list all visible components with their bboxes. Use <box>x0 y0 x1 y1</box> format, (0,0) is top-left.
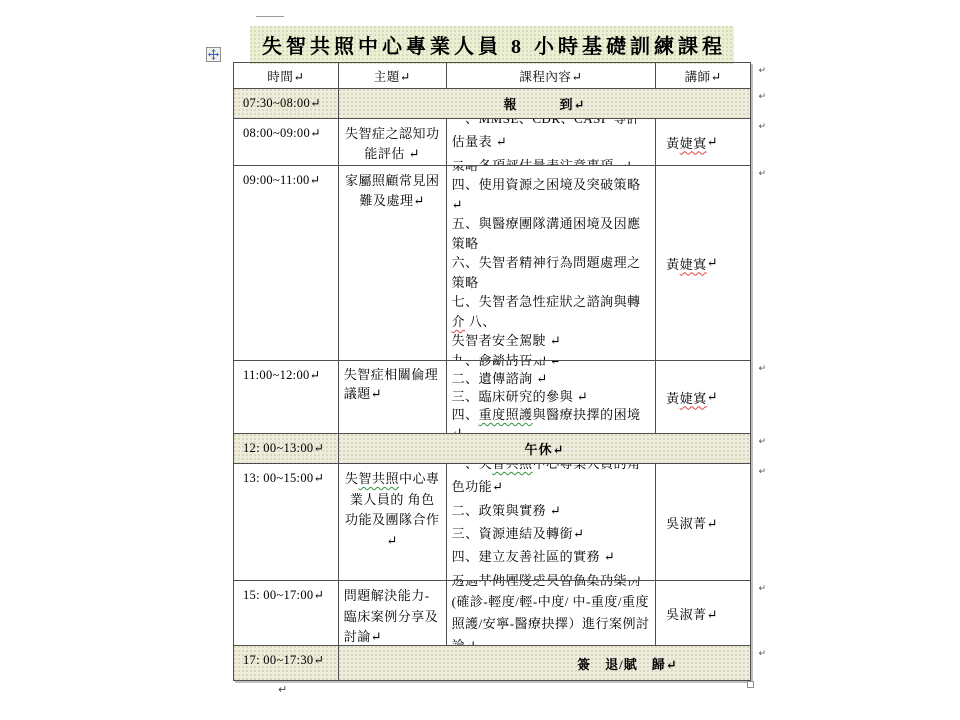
topic-cell[interactable]: 失智症相關倫理議題↵ <box>339 361 447 434</box>
row-lunch: 12: 00~13:00↵ 午休↵ ↵ <box>234 434 751 464</box>
header-content[interactable]: 課程內容↵ <box>447 63 657 89</box>
grammar-flagged-text: 重度照護 <box>479 407 533 422</box>
content-line: 四、建立友善社區的實務 ↵ <box>452 545 651 568</box>
content-line: 二、各項評估量表注意事項 ↵ <box>452 154 651 166</box>
time-cell[interactable]: 08:00~09:00↵ <box>234 119 339 166</box>
lecturer-cell[interactable]: 吳淑菁↵ <box>656 464 751 581</box>
row-end-mark: ↵ <box>758 649 766 659</box>
content-cell[interactable]: 一、MMSE、CDR、CASI 等評估量表 ↵ 二、各項評估量表注意事項 ↵ <box>447 119 657 166</box>
paragraph-mark: ↵ <box>278 683 287 696</box>
row-end-mark: ↵ <box>758 66 766 76</box>
lecturer-name: 吳淑菁↵ <box>666 513 718 532</box>
content-line: 三、資源連結及轉銜↵ <box>452 522 651 545</box>
row-1300: 13: 00~15:00↵ 失智共照中心專業人員的 角色功能及團隊合作↵ 一、失… <box>234 464 751 581</box>
cell-end-mark: ↵ <box>707 255 718 271</box>
table-header-row: 時間↵ 主題↵ 課程內容↵ 講師↵ ↵ <box>234 63 751 89</box>
content-cell[interactable]: 一、就醫困難及解決策略 ↵ 二、家屬間的照顧衝突及因應 ↵ 三、主要照顧者耗損與… <box>447 166 657 361</box>
topic-cell[interactable]: 失智共照中心專業人員的 角色功能及團隊合作↵ <box>339 464 447 581</box>
table-resize-handle[interactable] <box>747 681 754 688</box>
time-cell[interactable]: 15: 00~17:00↵ <box>234 581 339 646</box>
lecturer-cell[interactable]: 黃婕寘↵ <box>656 166 751 361</box>
move-arrows-icon <box>208 49 219 60</box>
time-cell[interactable]: 13: 00~15:00↵ <box>234 464 339 581</box>
row-end-mark: ↵ <box>758 584 766 594</box>
row-end-mark: ↵ <box>758 169 766 179</box>
content-line: 六、失智者精神行為問題處理之策略 <box>452 253 651 292</box>
table-move-handle[interactable] <box>206 47 221 62</box>
lecturer-name: 黃 <box>666 254 680 273</box>
spellcheck-flagged-text: 介 <box>452 314 466 329</box>
content-cell[interactable]: 一、失智共照中心專業人員的角色功能↵ 二、政策與實務 ↵ 三、資源連結及轉銜↵ … <box>447 464 657 581</box>
time-cell[interactable]: 07:30~08:00↵ <box>234 89 339 119</box>
row-end-mark: ↵ <box>758 467 766 477</box>
cell-end-mark: ↵ <box>707 134 718 150</box>
row-end-mark: ↵ <box>758 437 766 447</box>
grammar-flagged-text: 智共照 <box>492 464 533 471</box>
course-table: 時間↵ 主題↵ 課程內容↵ 講師↵ ↵ 07:30~08:00↵ 報 到↵ ↵ … <box>233 62 751 681</box>
content-line: 四、重度照護與醫療抉擇的困境↵ <box>452 406 651 434</box>
time-cell[interactable]: 09:00~11:00↵ <box>234 166 339 361</box>
content-line: 五、與醫療團隊溝通困境及因應策略 <box>452 214 651 253</box>
time-cell[interactable]: 12: 00~13:00↵ <box>234 434 339 464</box>
row-signout: 17: 00~17:30↵ 簽 退/賦 歸↵ ↵ <box>234 646 751 681</box>
signout-label[interactable]: 簽 退/賦 歸↵ <box>339 646 751 681</box>
lecturer-name: 黃 <box>666 133 680 152</box>
content-line: 二、遺傳諮詢 ↵ <box>452 370 651 388</box>
topic-cell[interactable]: 失智症之認知功能評估 ↵ <box>339 119 447 166</box>
header-lecturer[interactable]: 講師↵ <box>656 63 751 89</box>
row-0800: 08:00~09:00↵ 失智症之認知功能評估 ↵ 一、MMSE、CDR、CAS… <box>234 119 751 166</box>
lunch-label[interactable]: 午休↵ <box>339 434 751 464</box>
content-line: 失智者安全駕駛 ↵ <box>452 331 651 351</box>
lecturer-cell[interactable]: 吳淑菁↵ <box>656 581 751 646</box>
lecturer-cell[interactable]: 黃婕寘↵ <box>656 119 751 166</box>
margin-crop-mark <box>256 16 284 17</box>
row-1100: 11:00~12:00↵ 失智症相關倫理議題↵ 一、診斷的告知 ↵ 二、遺傳諮詢… <box>234 361 751 434</box>
row-end-mark: ↵ <box>758 122 766 132</box>
time-cell[interactable]: 11:00~12:00↵ <box>234 361 339 434</box>
content-line: 四、使用資源之困境及突破策略 ↵ <box>452 175 651 214</box>
row-0900: 09:00~11:00↵ 家屬照顧常見困難及處理↵ 一、就醫困難及解決策略 ↵ … <box>234 166 751 361</box>
spellcheck-flagged-text: 婕寘 <box>680 254 707 273</box>
content-line: 一、MMSE、CDR、CASI 等評估量表 ↵ <box>452 119 651 154</box>
lecturer-name: 吳淑菁↵ <box>666 604 718 623</box>
content-paragraph: 透過不同程度之失智個案的案例(確診-輕度/輕-中度/ 中-重度/重度照護/安寧-… <box>452 581 651 646</box>
content-line: 一、失智共照中心專業人員的角色功能↵ <box>452 464 651 499</box>
content-line: 五、其他團隊成員的角色功能 ↵ <box>452 569 651 581</box>
spellcheck-flagged-text: 婕寘 <box>680 388 707 407</box>
content-cell[interactable]: 一、診斷的告知 ↵ 二、遺傳諮詢 ↵ 三、臨床研究的參與 ↵ 四、重度照護與醫療… <box>447 361 657 434</box>
document-page: 失智共照中心專業人員 8 小時基礎訓練課程 時間↵ 主題↵ 課程內容↵ 講師↵ … <box>0 0 960 720</box>
cell-end-mark: ↵ <box>707 389 718 405</box>
row-end-mark: ↵ <box>758 92 766 102</box>
time-cell[interactable]: 17: 00~17:30↵ <box>234 646 339 681</box>
row-1500: 15: 00~17:00↵ 問題解決能力-臨床案例分享及討論↵ 透過不同程度之失… <box>234 581 751 646</box>
lecturer-name: 黃 <box>666 388 680 407</box>
topic-cell[interactable]: 家屬照顧常見困難及處理↵ <box>339 166 447 361</box>
row-end-mark: ↵ <box>758 364 766 374</box>
grammar-flagged-text: 智共照 <box>358 471 399 486</box>
content-line: 二、政策與實務 ↵ <box>452 499 651 522</box>
content-line: 七、失智者急性症狀之諮詢與轉介 八、 <box>452 292 651 331</box>
content-line: 三、主要照顧者耗損與壓力降低策略 <box>452 166 651 175</box>
row-checkin: 07:30~08:00↵ 報 到↵ ↵ <box>234 89 751 119</box>
content-line: 一、診斷的告知 ↵ <box>452 361 651 370</box>
checkin-label[interactable]: 報 到↵ <box>339 89 751 119</box>
spellcheck-flagged-text: 婕寘 <box>680 133 707 152</box>
content-line: 九、會談技巧 ↵ <box>452 351 651 361</box>
content-line: 三、臨床研究的參與 ↵ <box>452 388 651 406</box>
header-topic[interactable]: 主題↵ <box>339 63 447 89</box>
topic-cell[interactable]: 問題解決能力-臨床案例分享及討論↵ <box>339 581 447 646</box>
lecturer-cell[interactable]: 黃婕寘↵ <box>656 361 751 434</box>
content-cell[interactable]: 透過不同程度之失智個案的案例(確診-輕度/輕-中度/ 中-重度/重度照護/安寧-… <box>447 581 657 646</box>
header-time[interactable]: 時間↵ <box>234 63 339 89</box>
page-title[interactable]: 失智共照中心專業人員 8 小時基礎訓練課程 <box>250 26 734 64</box>
